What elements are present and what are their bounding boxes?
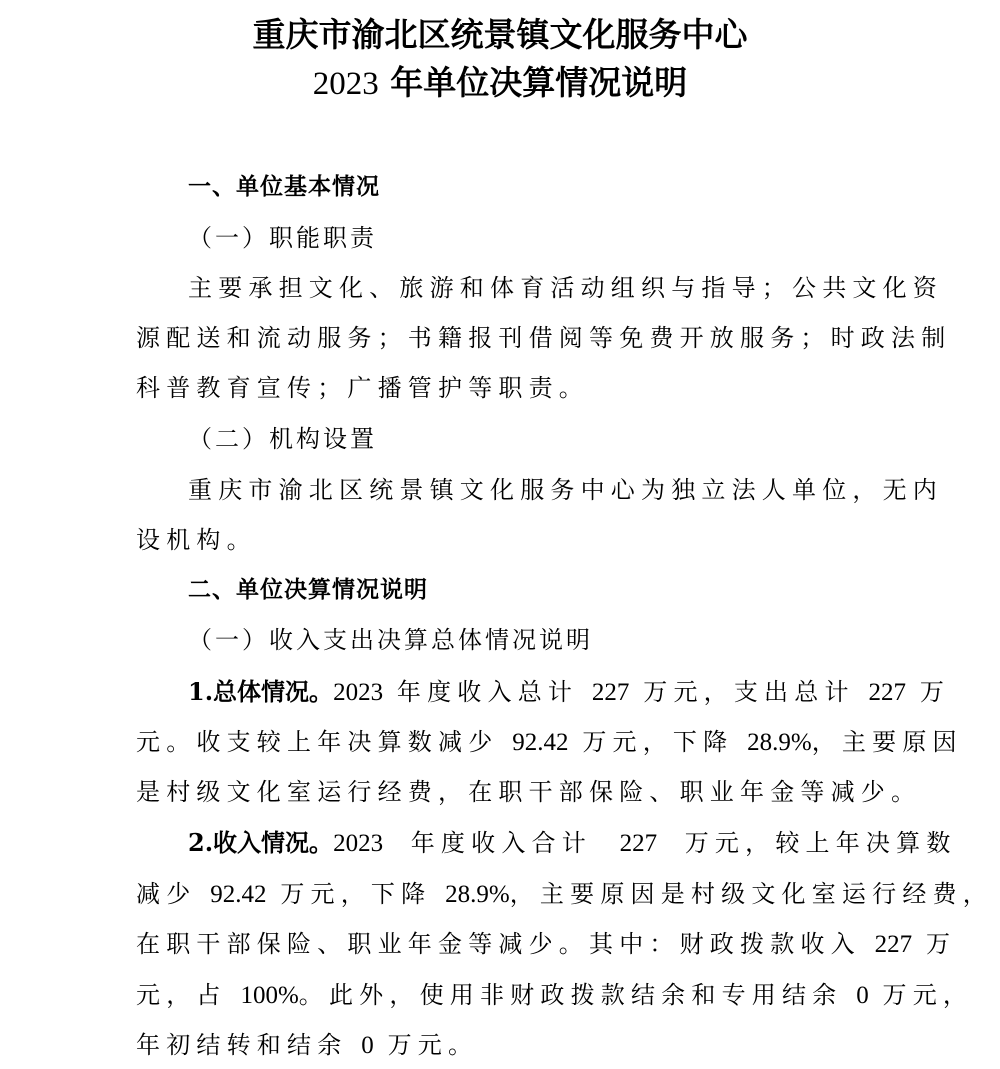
text: 万元，: [869, 981, 973, 1009]
fiscal-appropriation-value: 227: [875, 931, 913, 958]
decrease-value: 92.42: [210, 881, 266, 908]
title-year: 2023: [313, 66, 379, 102]
overall-situation-line-1: 1.总体情况。2023 年度收入总计 227 万元，支出总计 227 万: [188, 677, 948, 708]
text: 年度收入总计: [383, 678, 592, 706]
text: 元。收支较上年决算数减少: [136, 728, 512, 756]
fiscal-share-pct: 100%: [240, 982, 298, 1009]
overall-situation-line-2: 元。收支较上年决算数减少 92.42 万元，下降 28.9%，主要原因: [136, 727, 896, 758]
text: 元，占: [136, 981, 240, 1009]
income-situation-line-5: 年初结转和结余 0 万元。: [136, 1030, 896, 1061]
text: 万元。: [374, 1031, 478, 1059]
overall-situation-lead: 1.总体情况。: [188, 677, 333, 706]
income-situation-line-1: 2.收入情况。2023 年度收入合计 227 万元，较上年决算数: [188, 828, 948, 859]
decrease-value: 92.42: [512, 729, 568, 756]
income-total-value: 227: [620, 830, 658, 857]
carryover-value: 0: [361, 1032, 374, 1059]
text: 。此外，使用非财政拨款结余和专用结余: [299, 981, 856, 1009]
text: 年初结转和结余: [136, 1031, 361, 1059]
text: 万元，较上年决算数: [657, 829, 956, 857]
text: 年度收入合计: [383, 829, 620, 857]
section-heading-basic-info: 一、单位基本情况: [188, 172, 948, 202]
text: ，主要原因是村级文化室运行经费，: [510, 880, 993, 908]
text: 在职干部保险、职业年金等减少。其中：财政拨款收入: [136, 930, 875, 958]
subsection-heading-functions: （一）职能职责: [188, 223, 948, 253]
text: 万: [912, 930, 956, 958]
total-expense-value: 227: [868, 679, 906, 706]
total-income-value: 227: [592, 679, 630, 706]
text: 万: [906, 678, 950, 706]
text: 万元，下降: [266, 880, 445, 908]
document-title-line-1: 重庆市渝北区统景镇文化服务中心: [0, 15, 1000, 55]
paragraph-functions-line-1: 主要承担文化、旅游和体育活动组织与指导；公共文化资: [188, 273, 948, 303]
title-rest: 年单位决算情况说明: [379, 63, 688, 102]
decrease-pct: 28.9%: [445, 881, 510, 908]
year-value: 2023: [333, 830, 383, 857]
paragraph-functions-line-3: 科普教育宣传；广播管护等职责。: [136, 373, 896, 403]
text: 减少: [136, 880, 210, 908]
text: 万元，下降: [568, 728, 747, 756]
income-situation-line-3: 在职干部保险、职业年金等减少。其中：财政拨款收入 227 万: [136, 929, 896, 960]
document-title-line-2: 2023 年单位决算情况说明: [0, 63, 1000, 104]
text: ，主要原因: [812, 728, 963, 756]
text: 万元，支出总计: [629, 678, 868, 706]
income-situation-line-4: 元，占 100%。此外，使用非财政拨款结余和专用结余 0 万元，: [136, 980, 896, 1011]
overall-situation-line-3: 是村级文化室运行经费，在职干部保险、职业年金等减少。: [136, 777, 896, 807]
subsection-heading-income-expense-overview: （一）收入支出决算总体情况说明: [188, 625, 948, 655]
year-value: 2023: [333, 679, 383, 706]
income-situation-lead: 2.收入情况。: [188, 828, 333, 857]
paragraph-functions-line-2: 源配送和流动服务；书籍报刊借阅等免费开放服务；时政法制: [136, 323, 896, 353]
section-heading-final-accounts: 二、单位决算情况说明: [188, 575, 948, 605]
non-fiscal-balance-value: 0: [856, 982, 869, 1009]
subsection-heading-organization: （二）机构设置: [188, 424, 948, 454]
income-situation-line-2: 减少 92.42 万元，下降 28.9%，主要原因是村级文化室运行经费，: [136, 879, 896, 910]
paragraph-organization-line-1: 重庆市渝北区统景镇文化服务中心为独立法人单位，无内: [188, 475, 948, 505]
decrease-pct: 28.9%: [747, 729, 812, 756]
paragraph-organization-line-2: 设机构。: [136, 525, 896, 555]
